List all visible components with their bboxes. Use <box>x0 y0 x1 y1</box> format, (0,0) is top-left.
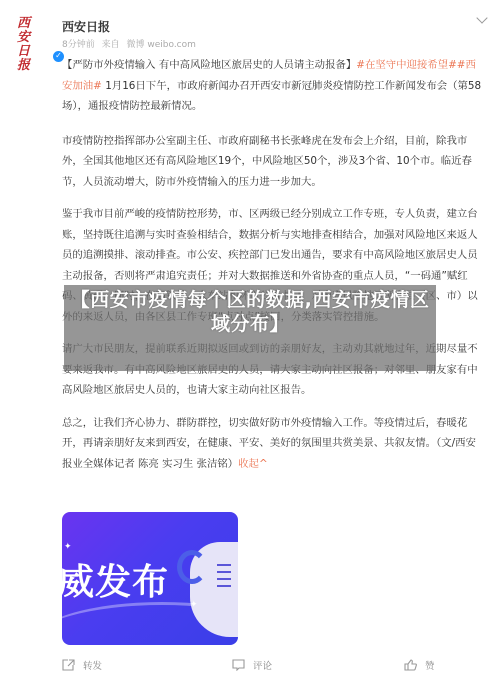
hashtag-link[interactable]: #在坚守中迎接希望# <box>356 59 457 71</box>
post-image[interactable]: 威发布 ✦ ✦ <box>62 512 238 645</box>
doc-line <box>217 571 231 573</box>
like-button[interactable]: 赞 <box>404 658 435 672</box>
post-body: 【严防市外疫情输入 有中高风险地区旅居史的人员请主动报备】#在坚守中迎接希望##… <box>62 55 486 486</box>
like-label: 赞 <box>425 658 435 672</box>
action-bar: 转发 评论 赞 <box>0 654 500 678</box>
doc-line <box>217 578 231 580</box>
sparkle-icon: ✦ <box>190 600 198 610</box>
doc-line <box>217 585 231 587</box>
swirl-decoration <box>177 550 207 584</box>
post-header: 西 安日 报 ✓ 西安日报 8分钟前 来自 微博 weibo.com <box>0 0 500 55</box>
comment-icon <box>232 659 245 671</box>
comment-button[interactable]: 评论 <box>232 658 272 672</box>
xian-daily-logo: 西 安日 报 <box>14 14 50 50</box>
thumbs-up-icon <box>404 659 417 671</box>
avatar[interactable]: 西 安日 报 ✓ <box>14 14 50 50</box>
intro-text: 1月16日下午，市政府新闻办召开西安市新冠肺炎疫情防控工作新闻发布会（第58场）… <box>62 80 481 113</box>
account-name[interactable]: 西安日报 <box>62 18 110 35</box>
conclusion-text: 总之，让我们齐心协力、群防群控，切实做好防市外疫情输入工作。等疫情过后，春暖花开… <box>62 417 476 470</box>
repost-icon <box>62 659 75 671</box>
overlay-title: 【西安市疫情每个区的数据,西安市疫情区域分布】 <box>64 288 436 336</box>
repost-button[interactable]: 转发 <box>62 658 102 672</box>
chevron-down-icon[interactable] <box>476 12 487 23</box>
collapse-link[interactable]: 收起^ <box>238 458 268 470</box>
sparkle-icon: ✦ <box>64 542 72 552</box>
doc-line <box>217 564 231 566</box>
post-time: 8分钟前 <box>62 40 95 50</box>
paragraph-2: 市疫情防控指挥部办公室副主任、市政府副秘书长张峰虎在发布会上介绍，目前，除我市外… <box>62 131 486 193</box>
repost-label: 转发 <box>83 658 102 672</box>
post-source[interactable]: 微博 weibo.com <box>127 40 196 50</box>
headline: 【严防市外疫情输入 有中高风险地区旅居史的人员请主动报备】 <box>62 59 356 71</box>
paragraph-intro: 【严防市外疫情输入 有中高风险地区旅居史的人员请主动报备】#在坚守中迎接希望##… <box>62 55 486 117</box>
comment-label: 评论 <box>253 658 272 672</box>
image-caption: 威发布 <box>62 554 169 605</box>
paragraph-5: 总之，让我们齐心协力、群防群控，切实做好防市外疫情输入工作。等疫情过后，春暖花开… <box>62 413 486 475</box>
source-prefix: 来自 <box>102 40 120 50</box>
post-meta: 8分钟前 来自 微博 weibo.com <box>62 37 200 50</box>
